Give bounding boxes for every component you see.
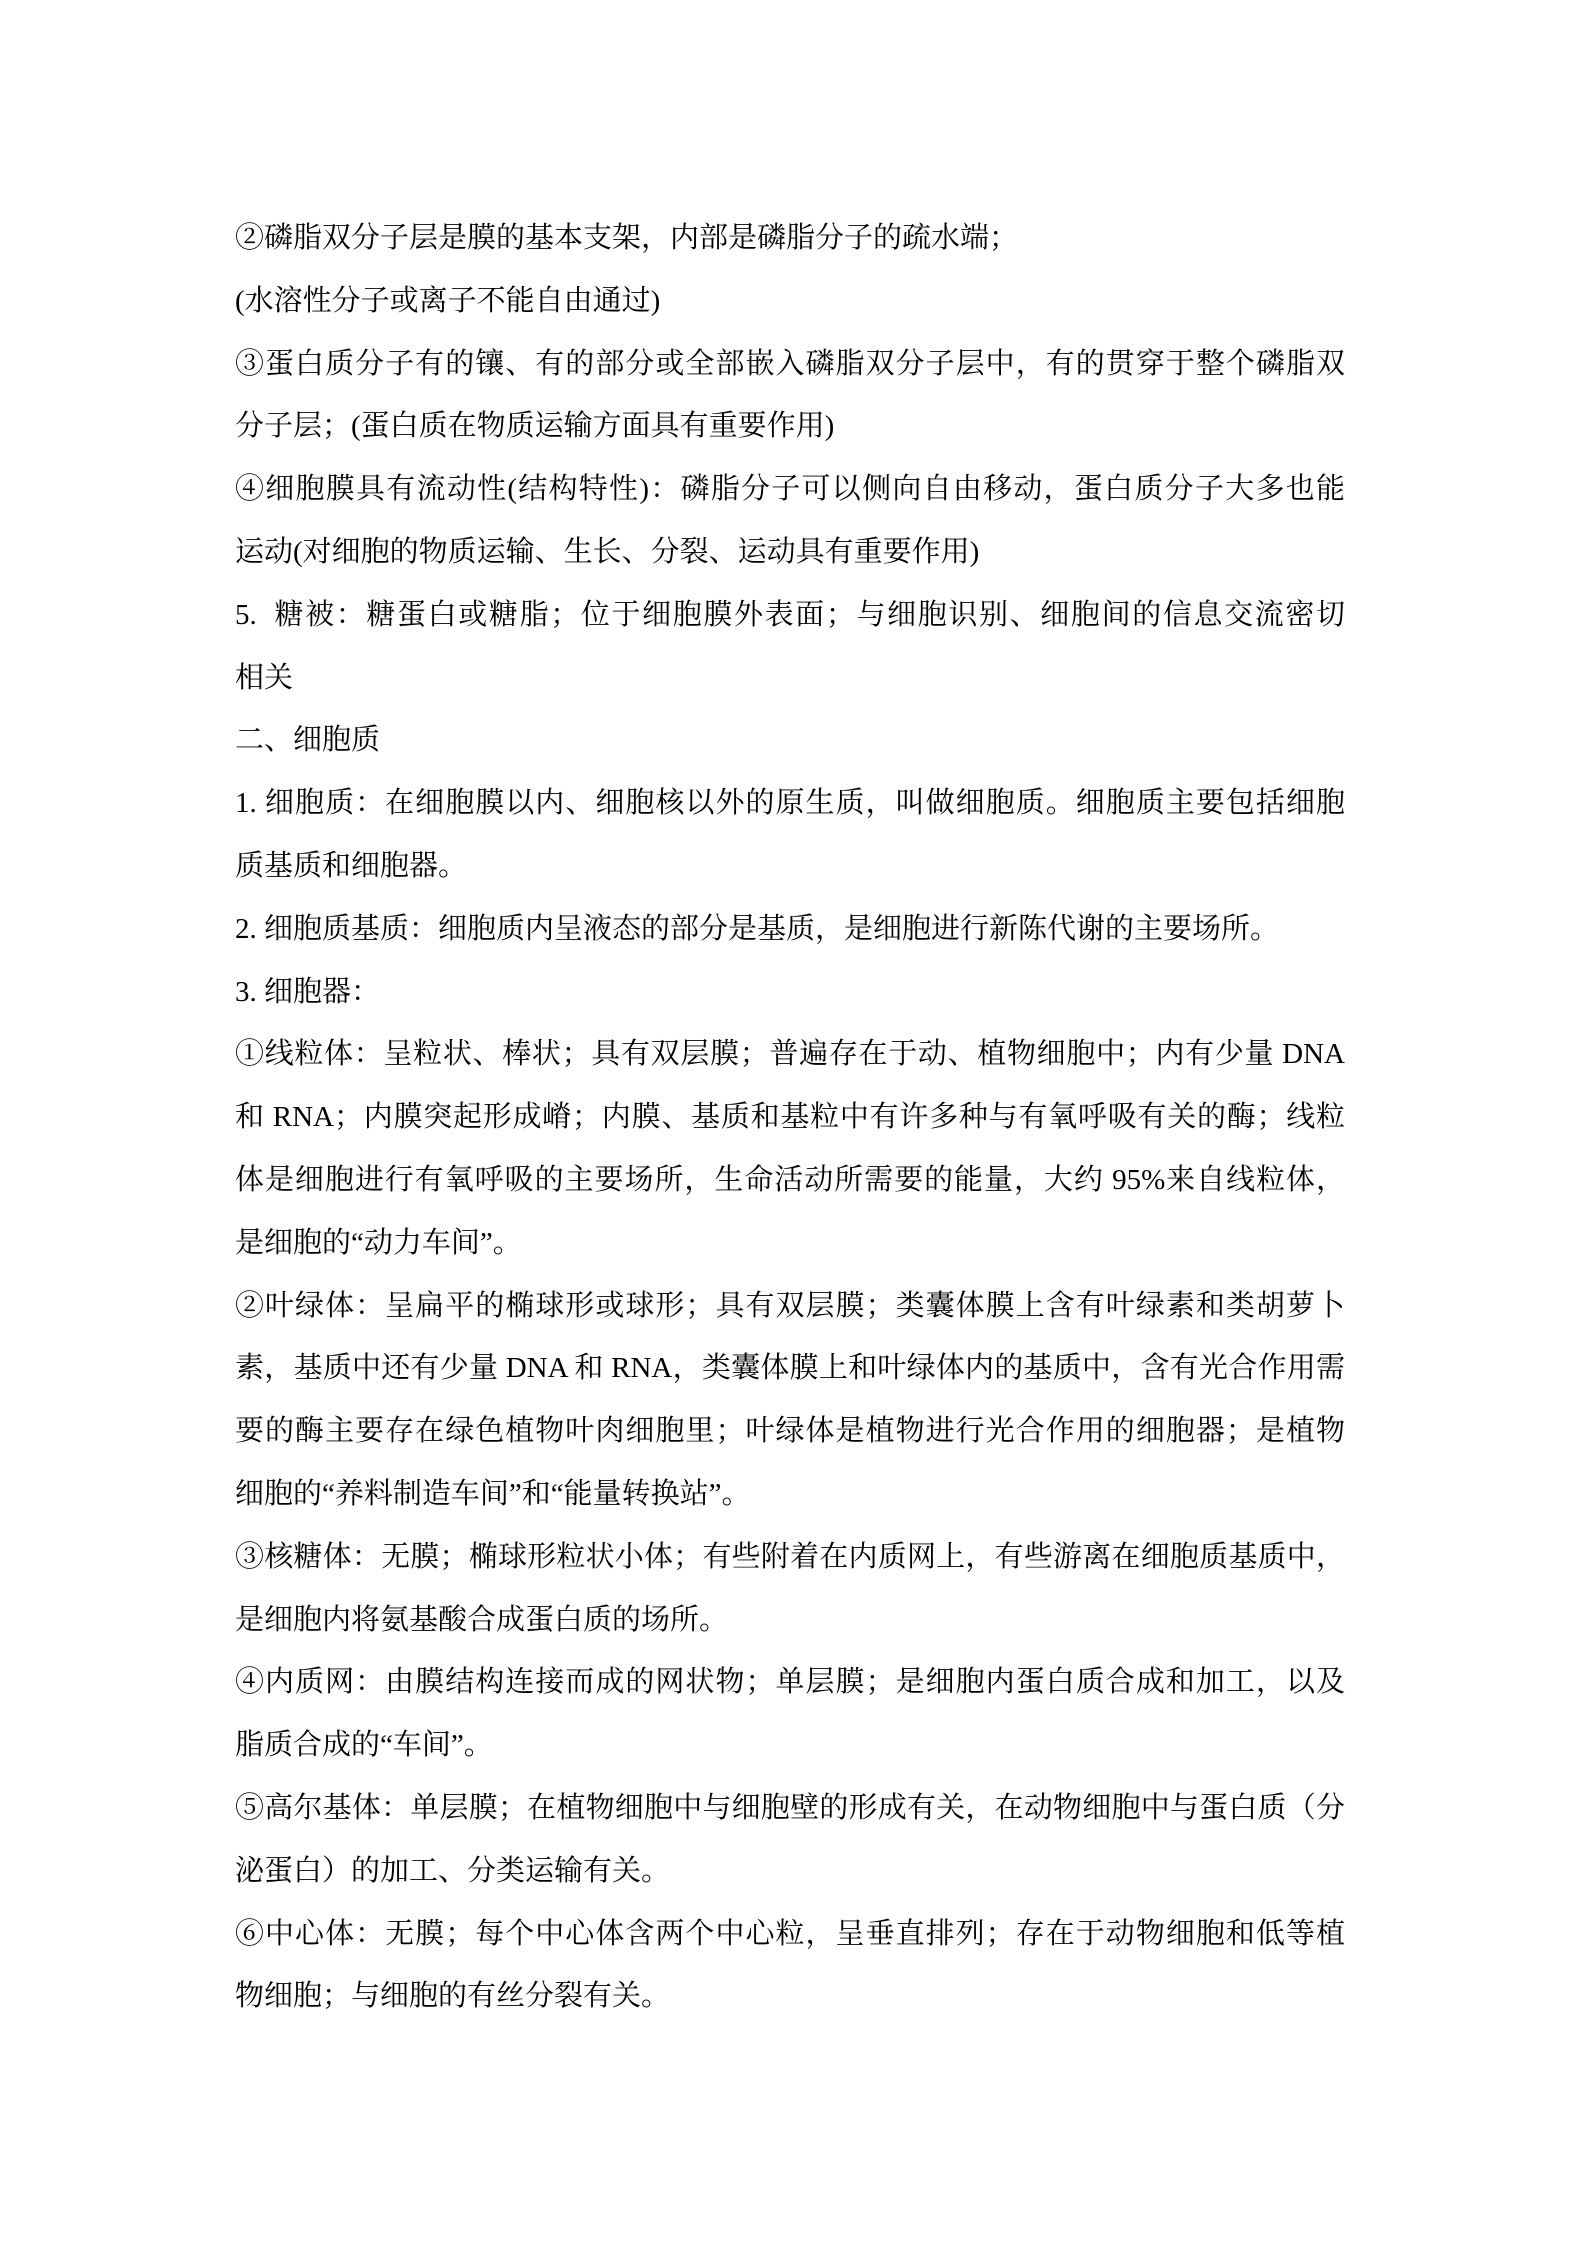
paragraph: ③蛋白质分子有的镶、有的部分或全部嵌入磷脂双分子层中，有的贯穿于整个磷脂双分子层… [235, 333, 1345, 459]
document-page: ②磷脂双分子层是膜的基本支架，内部是磷脂分子的疏水端；(水溶性分子或离子不能自由… [0, 0, 1587, 2245]
text-line: ②叶绿体：呈扁平的椭球形或球形；具有双层膜；类囊体膜上含有叶绿素和类胡萝卜 [235, 1275, 1345, 1338]
text-line: 物细胞；与细胞的有丝分裂有关。 [235, 1965, 1345, 2028]
text-line: ④内质网：由膜结构连接而成的网状物；单层膜；是细胞内蛋白质合成和加工，以及 [235, 1651, 1345, 1714]
text-line: 细胞的“养料制造车间”和“能量转换站”。 [235, 1463, 1345, 1526]
paragraph: ⑥中心体：无膜；每个中心体含两个中心粒，呈垂直排列；存在于动物细胞和低等植物细胞… [235, 1903, 1345, 2029]
text-line: 相关 [235, 647, 1345, 710]
text-line: 要的酶主要存在绿色植物叶肉细胞里；叶绿体是植物进行光合作用的细胞器；是植物 [235, 1400, 1345, 1463]
text-line: 运动(对细胞的物质运输、生长、分裂、运动具有重要作用) [235, 521, 1345, 584]
text-line: 脂质合成的“车间”。 [235, 1714, 1345, 1777]
text-line: ③蛋白质分子有的镶、有的部分或全部嵌入磷脂双分子层中，有的贯穿于整个磷脂双 [235, 333, 1345, 396]
paragraph: ④细胞膜具有流动性(结构特性)：磷脂分子可以侧向自由移动，蛋白质分子大多也能运动… [235, 458, 1345, 584]
text-line: 3. 细胞器： [235, 961, 1345, 1024]
paragraph: ①线粒体：呈粒状、棒状；具有双层膜；普遍存在于动、植物细胞中；内有少量 DNA和… [235, 1023, 1345, 1274]
text-line: 5. 糖被：糖蛋白或糖脂；位于细胞膜外表面；与细胞识别、细胞间的信息交流密切 [235, 584, 1345, 647]
paragraph: 2. 细胞质基质：细胞质内呈液态的部分是基质，是细胞进行新陈代谢的主要场所。 [235, 898, 1345, 961]
paragraph: ②叶绿体：呈扁平的椭球形或球形；具有双层膜；类囊体膜上含有叶绿素和类胡萝卜素，基… [235, 1275, 1345, 1526]
text-line: 和 RNA；内膜突起形成嵴；内膜、基质和基粒中有许多种与有氧呼吸有关的酶；线粒 [235, 1086, 1345, 1149]
text-line: ①线粒体：呈粒状、棒状；具有双层膜；普遍存在于动、植物细胞中；内有少量 DNA [235, 1023, 1345, 1086]
text-line: ⑥中心体：无膜；每个中心体含两个中心粒，呈垂直排列；存在于动物细胞和低等植 [235, 1903, 1345, 1966]
text-line: ③核糖体：无膜；椭球形粒状小体；有些附着在内质网上，有些游离在细胞质基质中， [235, 1526, 1345, 1589]
text-line: 分子层；(蛋白质在物质运输方面具有重要作用) [235, 395, 1345, 458]
text-line: 是细胞内将氨基酸合成蛋白质的场所。 [235, 1589, 1345, 1652]
text-line: 二、细胞质 [235, 709, 1345, 772]
paragraph: (水溶性分子或离子不能自由通过) [235, 270, 1345, 333]
text-line: ②磷脂双分子层是膜的基本支架，内部是磷脂分子的疏水端； [235, 207, 1345, 270]
paragraph: 3. 细胞器： [235, 961, 1345, 1024]
paragraph: 1. 细胞质：在细胞膜以内、细胞核以外的原生质，叫做细胞质。细胞质主要包括细胞质… [235, 772, 1345, 898]
text-line: 泌蛋白）的加工、分类运输有关。 [235, 1840, 1345, 1903]
paragraph: 5. 糖被：糖蛋白或糖脂；位于细胞膜外表面；与细胞识别、细胞间的信息交流密切相关 [235, 584, 1345, 710]
document-body: ②磷脂双分子层是膜的基本支架，内部是磷脂分子的疏水端；(水溶性分子或离子不能自由… [235, 207, 1345, 2028]
text-line: 2. 细胞质基质：细胞质内呈液态的部分是基质，是细胞进行新陈代谢的主要场所。 [235, 898, 1345, 961]
text-line: ④细胞膜具有流动性(结构特性)：磷脂分子可以侧向自由移动，蛋白质分子大多也能 [235, 458, 1345, 521]
text-line: 素，基质中还有少量 DNA 和 RNA，类囊体膜上和叶绿体内的基质中，含有光合作… [235, 1337, 1345, 1400]
text-line: 质基质和细胞器。 [235, 835, 1345, 898]
paragraph: ④内质网：由膜结构连接而成的网状物；单层膜；是细胞内蛋白质合成和加工，以及脂质合… [235, 1651, 1345, 1777]
text-line: 1. 细胞质：在细胞膜以内、细胞核以外的原生质，叫做细胞质。细胞质主要包括细胞 [235, 772, 1345, 835]
paragraph: ③核糖体：无膜；椭球形粒状小体；有些附着在内质网上，有些游离在细胞质基质中，是细… [235, 1526, 1345, 1652]
text-line: 是细胞的“动力车间”。 [235, 1212, 1345, 1275]
text-line: 体是细胞进行有氧呼吸的主要场所，生命活动所需要的能量，大约 95%来自线粒体， [235, 1149, 1345, 1212]
text-line: (水溶性分子或离子不能自由通过) [235, 270, 1345, 333]
paragraph: 二、细胞质 [235, 709, 1345, 772]
paragraph: ②磷脂双分子层是膜的基本支架，内部是磷脂分子的疏水端； [235, 207, 1345, 270]
paragraph: ⑤高尔基体：单层膜；在植物细胞中与细胞壁的形成有关，在动物细胞中与蛋白质（分泌蛋… [235, 1777, 1345, 1903]
text-line: ⑤高尔基体：单层膜；在植物细胞中与细胞壁的形成有关，在动物细胞中与蛋白质（分 [235, 1777, 1345, 1840]
